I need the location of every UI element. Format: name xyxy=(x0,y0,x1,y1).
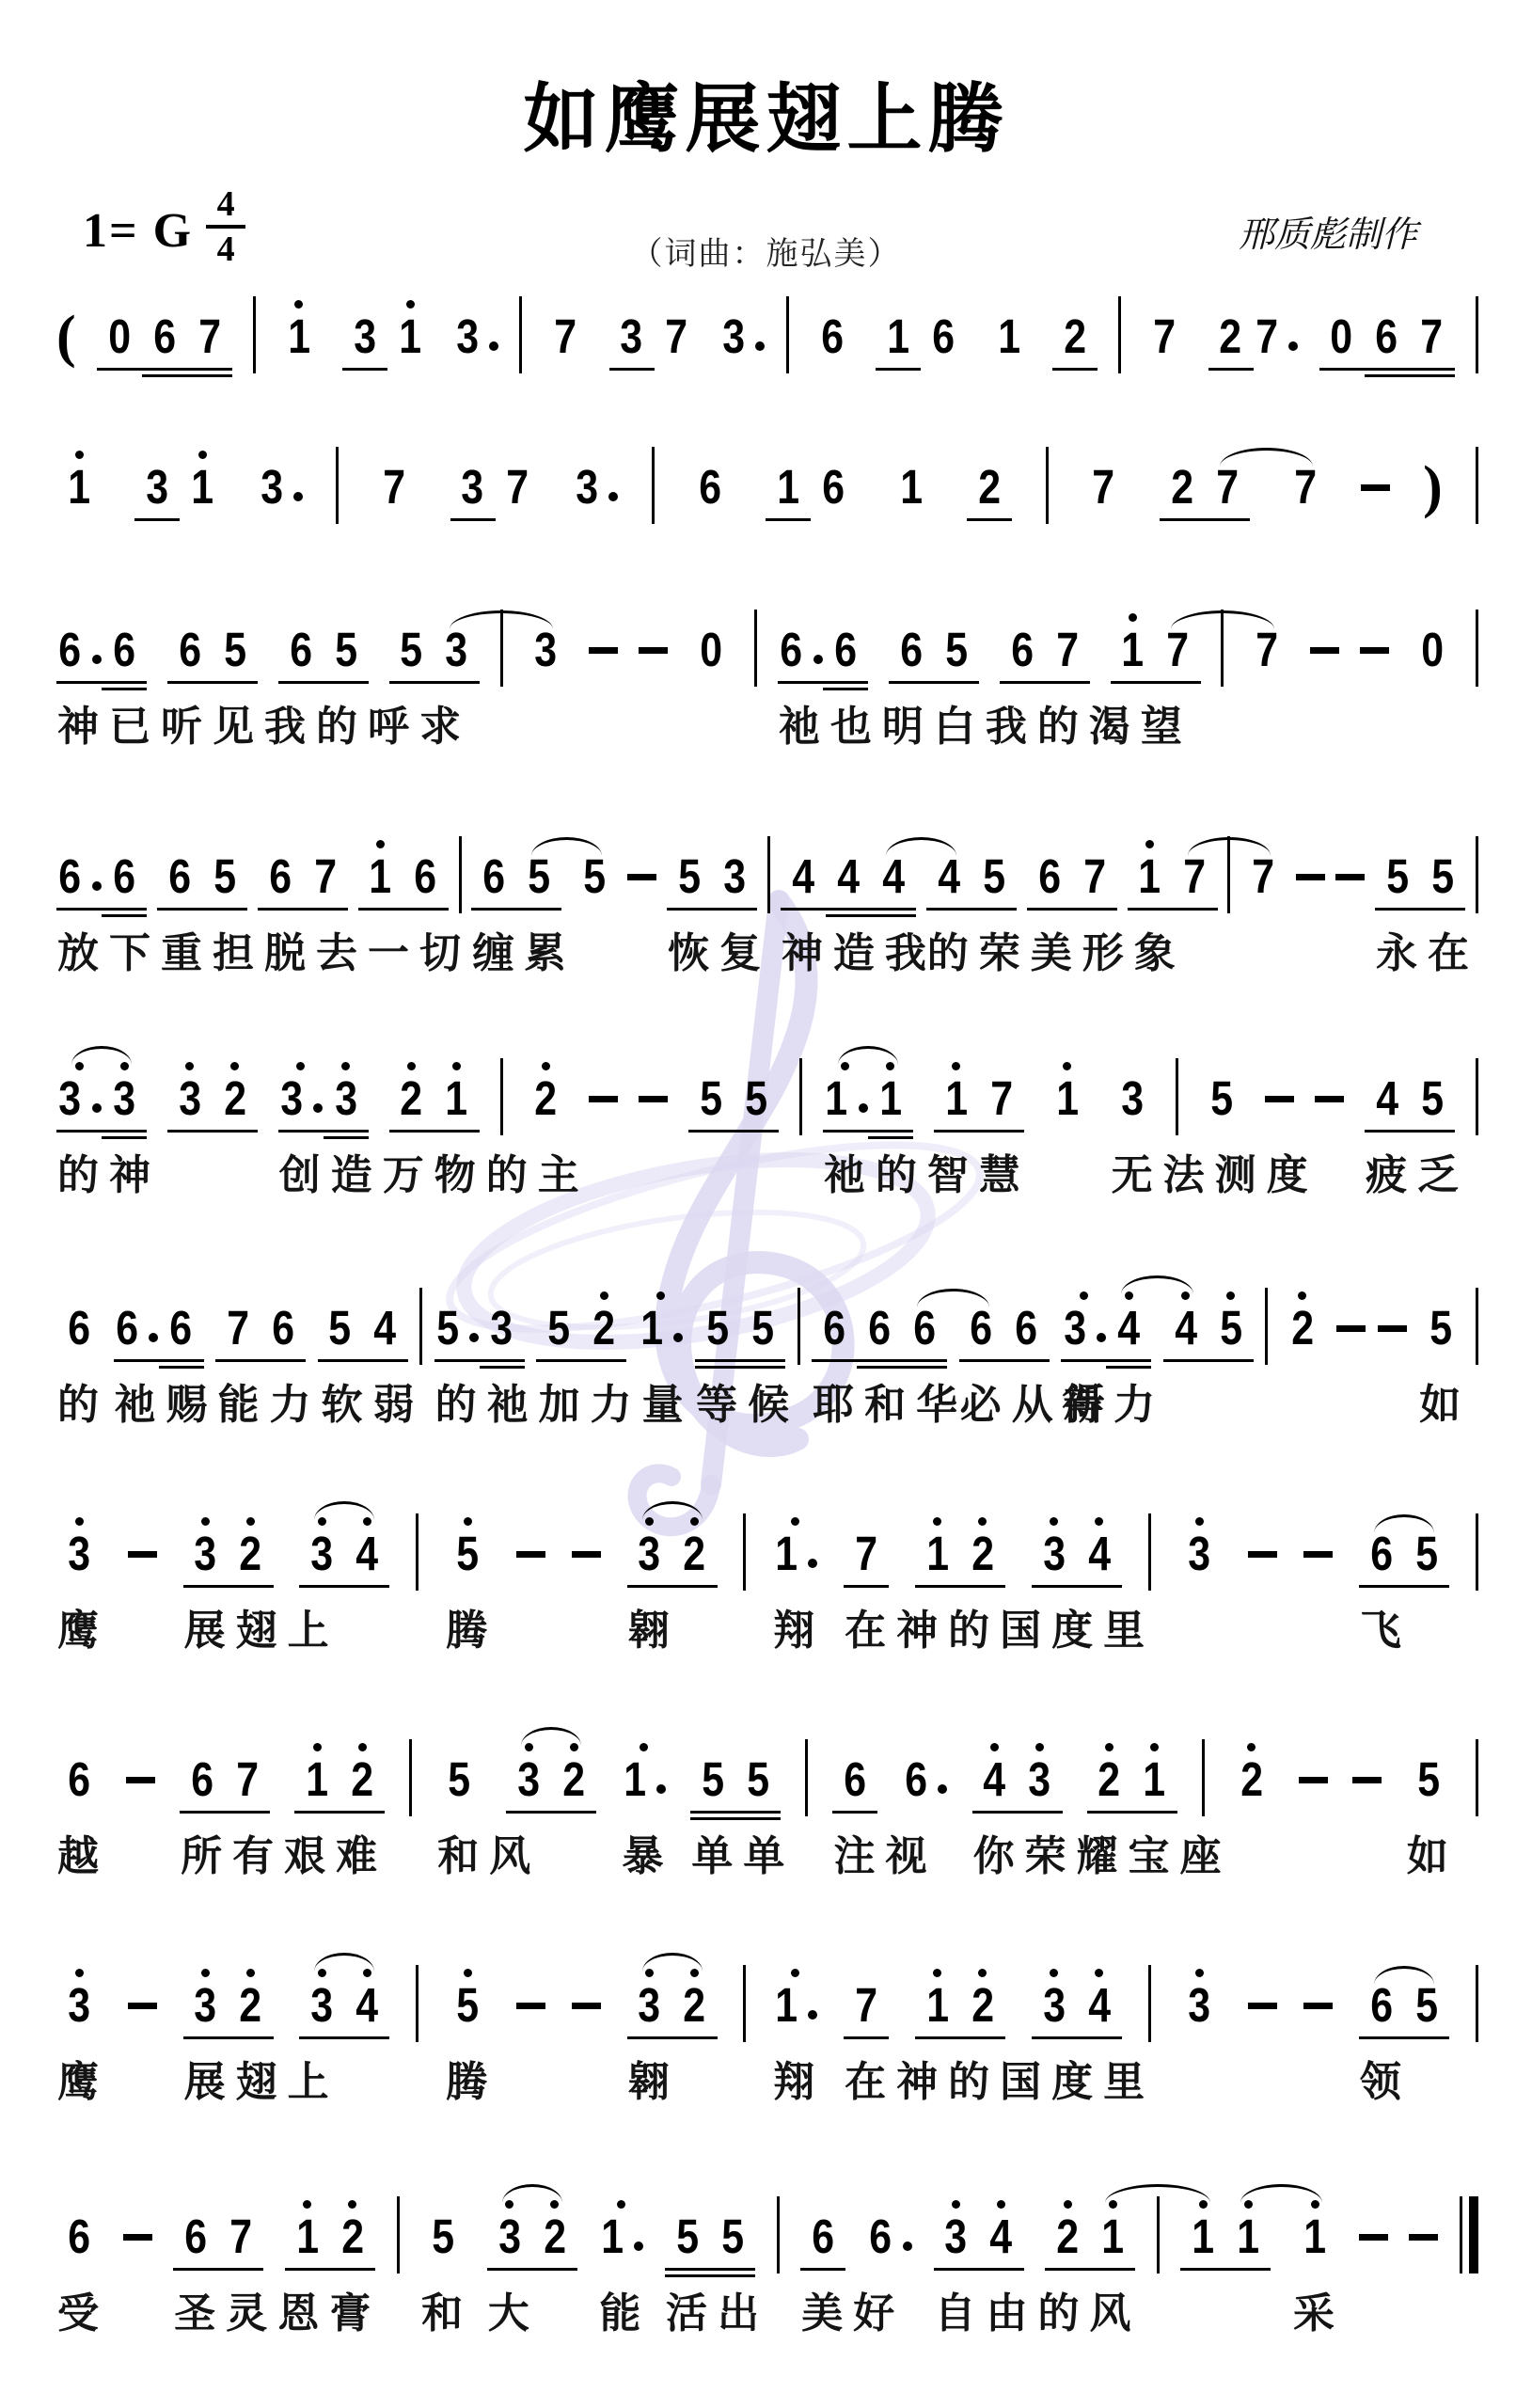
barline xyxy=(397,2195,400,2283)
note: 7 xyxy=(1082,446,1127,533)
note: 7 xyxy=(844,1513,889,1600)
augmentation-dot xyxy=(859,1103,868,1113)
note: 4 xyxy=(972,1738,1018,1826)
note: 1 xyxy=(868,1057,913,1145)
octave-dot xyxy=(358,1743,367,1751)
barline xyxy=(459,835,462,923)
beam-group xyxy=(589,609,618,696)
note: 3 xyxy=(574,446,619,533)
barline xyxy=(409,1738,412,1826)
beam-group xyxy=(1299,1738,1328,1826)
note: 1 xyxy=(823,1057,868,1145)
note: 7 xyxy=(979,1057,1024,1145)
beam-group xyxy=(1476,1057,1478,1145)
note: 1 xyxy=(56,446,102,533)
note: 0 xyxy=(688,609,734,696)
note: 7 xyxy=(655,295,700,383)
note: 6 xyxy=(56,1287,102,1374)
lyric-segment: 翱 xyxy=(628,2058,680,2107)
note: 2 xyxy=(967,446,1012,533)
beam-group xyxy=(128,1513,157,1600)
lyric-segment: 如 xyxy=(1407,1832,1459,1881)
beam-group: ) xyxy=(1423,446,1443,533)
beam-group: 37 xyxy=(609,295,700,383)
octave-dot xyxy=(296,1062,305,1070)
note: 6 xyxy=(832,1738,877,1826)
beam-group xyxy=(128,1964,157,2052)
notation-row: 33234532171234365 xyxy=(56,1513,1478,1593)
lyric-segment: 受 xyxy=(57,2289,109,2338)
note: 4 xyxy=(363,1287,408,1374)
beam-group: 66 xyxy=(114,1287,204,1374)
note: 5 xyxy=(1418,1287,1463,1374)
beam-group xyxy=(767,835,770,923)
note: 4 xyxy=(1077,1964,1122,2052)
octave-dot xyxy=(1195,1517,1204,1526)
beam-group: 65 xyxy=(278,609,369,696)
beam-group: 3 xyxy=(258,446,303,533)
beam-group xyxy=(1476,1738,1478,1826)
note: 5 xyxy=(445,1513,490,1600)
beam-group: 16 xyxy=(766,446,856,533)
note: 1 xyxy=(772,1964,817,2052)
octave-dot xyxy=(978,1969,987,1977)
note: 4 xyxy=(1365,1057,1410,1145)
note: 5 xyxy=(688,1057,734,1145)
barline xyxy=(519,295,522,383)
lyric-segment: 祂赐能力软弱 xyxy=(115,1381,425,1430)
beam-group: 66 xyxy=(56,835,147,923)
duration-dash xyxy=(1336,1287,1366,1374)
duration-dash xyxy=(1303,1513,1333,1600)
beam-group xyxy=(1360,609,1389,696)
note: 3 xyxy=(1111,1057,1156,1145)
barline xyxy=(336,446,339,533)
augmentation-dot xyxy=(489,341,498,351)
barline xyxy=(1265,1287,1268,1374)
time-numerator: 4 xyxy=(217,186,235,222)
beam-group xyxy=(500,1057,503,1145)
beam-group: 67 xyxy=(180,1738,270,1826)
lyric-segment: 得力 xyxy=(1062,1381,1165,1430)
notation-row: 6671253215566432125 xyxy=(56,1738,1478,1819)
beam-group xyxy=(126,1738,155,1826)
note: 3 xyxy=(627,1513,672,1600)
octave-dot xyxy=(452,1062,461,1070)
beam-group: 0 xyxy=(1410,609,1455,696)
note: 1 xyxy=(1225,2195,1271,2283)
beam-group: 31 xyxy=(342,295,433,383)
beam-group: 5 xyxy=(445,1513,490,1600)
note: 3 xyxy=(1061,1287,1106,1374)
lyrics-row: 的神创造万物的主祂的智慧无法测度疲乏 xyxy=(56,1151,1478,1202)
duration-dash xyxy=(1248,1513,1277,1600)
octave-dot xyxy=(341,1062,350,1070)
barline xyxy=(1157,2195,1160,2283)
barline xyxy=(767,835,770,923)
beam-group: 1 xyxy=(1045,1057,1090,1145)
note: 6 xyxy=(157,835,202,923)
beam-group: 32 xyxy=(167,1057,258,1145)
note: 6 xyxy=(261,1287,306,1374)
beam-group: 34 xyxy=(1061,1287,1151,1374)
beam-group xyxy=(516,1964,545,2052)
note: 5 xyxy=(436,1738,482,1826)
octave-dot xyxy=(1226,1291,1235,1300)
note: 5 xyxy=(734,1057,779,1145)
lyric-segment: 疲乏 xyxy=(1366,1151,1469,1200)
duration-dash xyxy=(1310,609,1339,696)
note: 6 xyxy=(903,1738,948,1826)
duration-dash xyxy=(1409,2195,1438,2283)
note: 6 xyxy=(142,295,187,383)
augmentation-dot xyxy=(149,1333,158,1342)
octave-dot xyxy=(791,1517,799,1526)
notation-line-9: 33234532171234365鹰展翅上腾翱翔在神的国度里领 xyxy=(56,1964,1478,2124)
note: 0 xyxy=(1319,295,1365,383)
note: 1 xyxy=(934,1057,979,1145)
note: 2 xyxy=(581,1287,626,1374)
augmentation-dot xyxy=(469,1333,479,1342)
augmentation-dot xyxy=(938,1784,947,1794)
note: 6 xyxy=(812,1287,857,1374)
lyrics-row: 神已听见我的呼求祂也明白我的渴望 xyxy=(56,703,1478,753)
barline xyxy=(798,1287,800,1374)
notation-row: (0671313737361612727067 xyxy=(56,295,1478,376)
beam-group xyxy=(1118,295,1121,383)
barline xyxy=(1476,609,1478,696)
duration-dash xyxy=(1296,835,1325,923)
lyrics-row: 受圣灵恩膏和大能活出美好自由的风采 xyxy=(56,2289,1478,2340)
note: 3 xyxy=(609,295,655,383)
note: 1 xyxy=(285,2195,330,2283)
octave-dot xyxy=(1050,1517,1058,1526)
note: 6 xyxy=(823,609,868,696)
beam-group xyxy=(1148,1513,1151,1600)
note: 6 xyxy=(102,609,147,696)
note: 2 xyxy=(672,1513,718,1600)
tie-slur xyxy=(71,1046,132,1065)
note: 2 xyxy=(1045,2195,1090,2283)
beam-group: 67 xyxy=(173,2195,263,2283)
phrase-paren: ) xyxy=(1423,446,1443,533)
note: 6 xyxy=(1004,1287,1050,1374)
note: 6 xyxy=(687,446,733,533)
tie-slur xyxy=(502,2184,562,2203)
note: 2 xyxy=(532,2195,577,2283)
barline xyxy=(419,1287,422,1374)
beam-group: 21 xyxy=(1087,1738,1177,1826)
lyric-segment: 的荣美形象 xyxy=(927,929,1186,978)
note: 4 xyxy=(344,1964,389,2052)
note: 1 xyxy=(889,446,934,533)
barline xyxy=(1476,1964,1478,2052)
note: 1 xyxy=(639,1287,684,1374)
beam-group xyxy=(409,1738,412,1826)
octave-dot xyxy=(1247,1743,1256,1751)
lyric-segment: 腾 xyxy=(446,2058,498,2107)
note: 5 xyxy=(667,835,712,923)
octave-dot xyxy=(1050,1969,1058,1977)
beam-group: 21 xyxy=(389,1057,480,1145)
note: 6 xyxy=(800,2195,845,2283)
barline xyxy=(1476,1513,1478,1600)
note: 2 xyxy=(1280,1287,1325,1374)
barline xyxy=(652,446,655,533)
duration-dash xyxy=(627,835,656,923)
note: 1 xyxy=(294,1738,340,1826)
octave-dot xyxy=(1145,840,1154,848)
beam-group xyxy=(652,446,655,533)
note: 2 xyxy=(960,1964,1005,2052)
note: 1 xyxy=(1090,2195,1135,2283)
octave-dot xyxy=(1150,1743,1159,1751)
beam-group: 5 xyxy=(1406,1738,1451,1826)
beam-group: 0 xyxy=(688,609,734,696)
note: 6 xyxy=(1000,609,1045,696)
note: 4 xyxy=(826,835,871,923)
beam-group: 34 xyxy=(934,2195,1024,2283)
augmentation-dot xyxy=(673,1333,683,1342)
note: 3 xyxy=(183,1513,229,1600)
note: 5 xyxy=(420,2195,466,2283)
barline xyxy=(743,1964,746,2052)
lyrics-row: 的祂赐能力软弱的祂加力量等候耶和华必从新得力如 xyxy=(56,1381,1478,1432)
note: 1 xyxy=(987,295,1032,383)
beam-group: 1 xyxy=(1292,2195,1337,2283)
beam-group: 34 xyxy=(1032,1513,1122,1600)
note: 6 xyxy=(167,609,213,696)
beam-group: 32 xyxy=(183,1513,274,1600)
octave-dot xyxy=(1080,1291,1088,1300)
note: 4 xyxy=(1163,1287,1208,1374)
notation-line-2: 13137373616127277) xyxy=(56,446,1478,606)
beam-group xyxy=(754,609,757,696)
lyric-segment: 翔 xyxy=(773,2058,825,2107)
beam-group xyxy=(397,2195,400,2283)
beam-group: 16 xyxy=(876,295,966,383)
augmentation-dot xyxy=(634,2242,643,2251)
duration-dash xyxy=(1299,1738,1328,1826)
duration-dash xyxy=(1378,1287,1407,1374)
note: 1 xyxy=(1111,609,1156,696)
note: 6 xyxy=(56,2195,102,2283)
lyric-segment: 能 xyxy=(599,2289,651,2338)
note: 7 xyxy=(187,295,232,383)
note: 7 xyxy=(543,295,588,383)
beam-group: 52 xyxy=(536,1287,626,1374)
beam-group: 33 xyxy=(278,1057,369,1145)
beam-group xyxy=(1303,1964,1333,2052)
augmentation-dot xyxy=(755,341,765,351)
note: 6 xyxy=(56,609,102,696)
duration-dash xyxy=(1248,1964,1277,2052)
note: 5 xyxy=(434,1287,480,1374)
lyric-segment: 暴 xyxy=(622,1832,673,1881)
note: 3 xyxy=(134,446,180,533)
note: 4 xyxy=(1106,1287,1151,1374)
note: 2 xyxy=(340,1738,385,1826)
beam-group xyxy=(777,2195,780,2283)
note: 2 xyxy=(1229,1738,1274,1826)
note: 5 xyxy=(1420,835,1465,923)
note: 5 xyxy=(213,609,258,696)
barline xyxy=(1476,295,1478,383)
note: 5 xyxy=(735,1738,781,1826)
note: 4 xyxy=(979,2195,1024,2283)
beam-group: 12 xyxy=(915,1513,1005,1600)
barline xyxy=(1476,1057,1478,1145)
beam-group xyxy=(1336,1287,1366,1374)
note: 5 xyxy=(710,2195,755,2283)
lyric-segment: 恢复 xyxy=(668,929,771,978)
barline xyxy=(1476,446,1478,533)
note: 1 xyxy=(180,446,225,533)
note: 1 xyxy=(915,1513,960,1600)
beam-group xyxy=(627,835,656,923)
duration-dash xyxy=(123,2195,152,2283)
octave-dot xyxy=(600,1291,608,1300)
barline xyxy=(786,295,789,383)
tie-slur xyxy=(1121,1275,1193,1294)
tie-slur xyxy=(314,1953,374,1972)
beam-group xyxy=(798,1287,800,1374)
beam-group: 33 xyxy=(56,1057,147,1145)
octave-dot xyxy=(464,1517,472,1526)
duration-dash xyxy=(1361,446,1390,533)
barline xyxy=(1176,1057,1178,1145)
octave-dot xyxy=(376,840,385,848)
beam-group: 1 xyxy=(772,1513,817,1600)
lyric-segment: 美好 xyxy=(801,2289,905,2338)
barline xyxy=(416,1513,419,1600)
beam-group xyxy=(1335,835,1365,923)
duration-dash xyxy=(639,1057,668,1145)
lyric-segment: 腾 xyxy=(446,1607,498,1655)
notation-line-4: 6665671665553444456717755放下重担脱去一切缠累恢复神造我… xyxy=(56,835,1478,995)
beam-group xyxy=(1361,446,1390,533)
augmentation-dot xyxy=(92,655,102,664)
notation-row: 6665671665553444456717755 xyxy=(56,835,1478,916)
beam-group: 5 xyxy=(420,2195,466,2283)
beam-group xyxy=(1460,2195,1478,2283)
augmentation-dot xyxy=(808,1559,817,1568)
note: 5 xyxy=(695,1287,740,1374)
duration-dash xyxy=(1359,2195,1388,2283)
note: 5 xyxy=(202,835,247,923)
beam-group xyxy=(123,2195,152,2283)
note: 2 xyxy=(330,2195,375,2283)
note: 3 xyxy=(56,1057,102,1145)
note: 2 xyxy=(1160,446,1205,533)
octave-dot xyxy=(542,1062,550,1070)
beam-group: 2 xyxy=(1052,295,1098,383)
octave-dot xyxy=(952,2200,960,2209)
tie-slur xyxy=(1105,2184,1210,2203)
beam-group: 1 xyxy=(987,295,1032,383)
duration-dash xyxy=(639,609,668,696)
octave-dot xyxy=(1105,1743,1113,1751)
beam-group: 76 xyxy=(215,1287,306,1374)
note: 5 xyxy=(971,835,1017,923)
notation-line-1: (0671313737361612727067 xyxy=(56,295,1478,455)
barline xyxy=(500,1057,503,1145)
beam-group xyxy=(1359,2195,1388,2283)
note: 5 xyxy=(934,609,979,696)
beam-group: 12 xyxy=(915,1964,1005,2052)
beam-group xyxy=(743,1513,746,1600)
octave-dot xyxy=(198,451,207,459)
duration-dash xyxy=(516,1964,545,2052)
beam-group: 31 xyxy=(134,446,225,533)
lyrics-row: 放下重担脱去一切缠累恢复神造我的荣美形象永在 xyxy=(56,929,1478,980)
octave-dot xyxy=(933,1969,941,1977)
producer-credit: 邢质彪制作 xyxy=(1239,205,1417,257)
note: 3 xyxy=(1018,1738,1063,1826)
lyric-segment: 大 xyxy=(488,2289,540,2338)
beam-group xyxy=(572,1964,601,2052)
note: 1 xyxy=(1180,2195,1225,2283)
beam-group xyxy=(572,1513,601,1600)
beam-group xyxy=(786,295,789,383)
note: 6 xyxy=(403,835,449,923)
note: 5 xyxy=(665,2195,710,2283)
final-barline xyxy=(1460,2195,1478,2283)
lyric-segment: 领 xyxy=(1360,2058,1412,2107)
note: 5 xyxy=(1375,835,1420,923)
note: 2 xyxy=(1087,1738,1132,1826)
augmentation-dot xyxy=(313,1103,323,1113)
sheet-music-page: 如鹰展翅上腾 1= G 4 4 （词曲：施弘美） 邢质彪制作 (06713137… xyxy=(0,0,1532,2408)
lyric-segment: 的 xyxy=(57,1381,109,1430)
note: 1 xyxy=(621,1738,666,1826)
beam-group xyxy=(253,295,256,383)
beam-group: ( xyxy=(56,295,76,383)
duration-dash xyxy=(1360,609,1389,696)
beam-group xyxy=(743,1964,746,2052)
barline xyxy=(799,1057,802,1145)
octave-dot xyxy=(201,1969,210,1977)
barline xyxy=(1118,295,1121,383)
barline xyxy=(1046,446,1049,533)
beam-group: 34 xyxy=(1032,1964,1122,2052)
note: 4 xyxy=(781,835,826,923)
beam-group xyxy=(459,835,462,923)
beam-group xyxy=(416,1513,419,1600)
beam-group: 11 xyxy=(1180,2195,1271,2283)
notation-line-8: 6671253215566432125越所有艰难和风暴单单注视你荣耀宝座如 xyxy=(56,1738,1478,1898)
note: 1 xyxy=(1045,1057,1090,1145)
note: 3 xyxy=(324,1057,369,1145)
note: 3 xyxy=(487,2195,532,2283)
beam-group: 5 xyxy=(1418,1287,1463,1374)
note: 5 xyxy=(318,1287,363,1374)
lyric-segment: 神已听见我的呼求 xyxy=(57,703,471,752)
note: 1 xyxy=(766,446,811,533)
note: 6 xyxy=(258,835,303,923)
octave-dot xyxy=(1095,1969,1103,1977)
augmentation-dot xyxy=(1288,341,1298,351)
octave-dot xyxy=(230,1062,239,1070)
beam-group xyxy=(1409,2195,1438,2283)
note: 7 xyxy=(496,446,541,533)
barline xyxy=(777,2195,780,2283)
note: 7 xyxy=(1410,295,1455,383)
notation-line-6: 6667654535215566666344525的祂赐能力软弱的祂加力量等候耶… xyxy=(56,1287,1478,1447)
lyric-segment: 祂也明白我的渴望 xyxy=(779,703,1192,752)
note: 1 xyxy=(434,1057,480,1145)
note: 3 xyxy=(453,295,498,383)
